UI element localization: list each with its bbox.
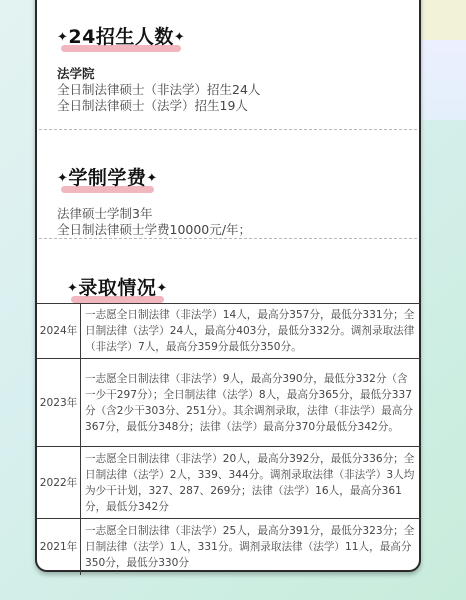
info-card: ✦24招生人数✦ 法学院 全日制法律硕士（非法学）招生24人 全日制法律硕士（法…	[35, 0, 421, 572]
sparkle-icon: ✦	[174, 30, 185, 45]
detail-cell: 一志愿全日制法律（非法学）9人，最高分390分，最低分332分（含一少干297分…	[81, 359, 422, 447]
background-decoration	[422, 40, 466, 120]
tuition-block: 法律硕士学制3年 全日制法律硕士学费10000元/年；	[57, 206, 251, 238]
admission-table: 2024年 一志愿全日制法律（非法学）14人，最高分357分，最低分331分；全…	[37, 303, 421, 575]
background-decoration	[422, 0, 466, 40]
detail-cell: 一志愿全日制法律（非法学）20人，最高分392分，最低分336分；全日制法律（法…	[81, 447, 422, 519]
year-cell: 2024年	[37, 304, 81, 359]
sparkle-icon: ✦	[67, 281, 78, 296]
enrollment-line: 全日制法律硕士（法学）招生19人	[57, 98, 260, 114]
enrollment-line: 全日制法律硕士（非法学）招生24人	[57, 82, 260, 98]
detail-cell: 一志愿全日制法律（非法学）25人，最高分391分，最低分323分；全日制法律（法…	[81, 519, 422, 576]
dashed-divider	[39, 129, 417, 130]
tuition-line: 全日制法律硕士学费10000元/年；	[57, 222, 251, 238]
tuition-line: 法律硕士学制3年	[57, 206, 251, 222]
sparkle-icon: ✦	[57, 30, 68, 45]
year-cell: 2023年	[37, 359, 81, 447]
table-row: 2023年 一志愿全日制法律（非法学）9人，最高分390分，最低分332分（含一…	[37, 359, 421, 447]
sparkle-icon: ✦	[146, 171, 157, 186]
table-row: 2024年 一志愿全日制法律（非法学）14人，最高分357分，最低分331分；全…	[37, 304, 421, 359]
table-row: 2021年 一志愿全日制法律（非法学）25人，最高分391分，最低分323分；全…	[37, 519, 421, 576]
dashed-divider	[39, 238, 417, 239]
enrollment-block: 法学院 全日制法律硕士（非法学）招生24人 全日制法律硕士（法学）招生19人	[57, 66, 260, 114]
sparkle-icon: ✦	[57, 171, 68, 186]
sparkle-icon: ✦	[156, 281, 167, 296]
year-cell: 2022年	[37, 447, 81, 519]
section-heading-admission: ✦录取情况✦	[67, 273, 168, 300]
table-row: 2022年 一志愿全日制法律（非法学）20人，最高分392分，最低分336分；全…	[37, 447, 421, 519]
year-cell: 2021年	[37, 519, 81, 576]
school-name: 法学院	[57, 66, 260, 82]
section-heading-tuition: ✦学制学费✦	[57, 163, 158, 190]
detail-cell: 一志愿全日制法律（非法学）14人，最高分357分，最低分331分；全日制法律（法…	[81, 304, 422, 359]
section-heading-enrollment: ✦24招生人数✦	[57, 22, 185, 49]
